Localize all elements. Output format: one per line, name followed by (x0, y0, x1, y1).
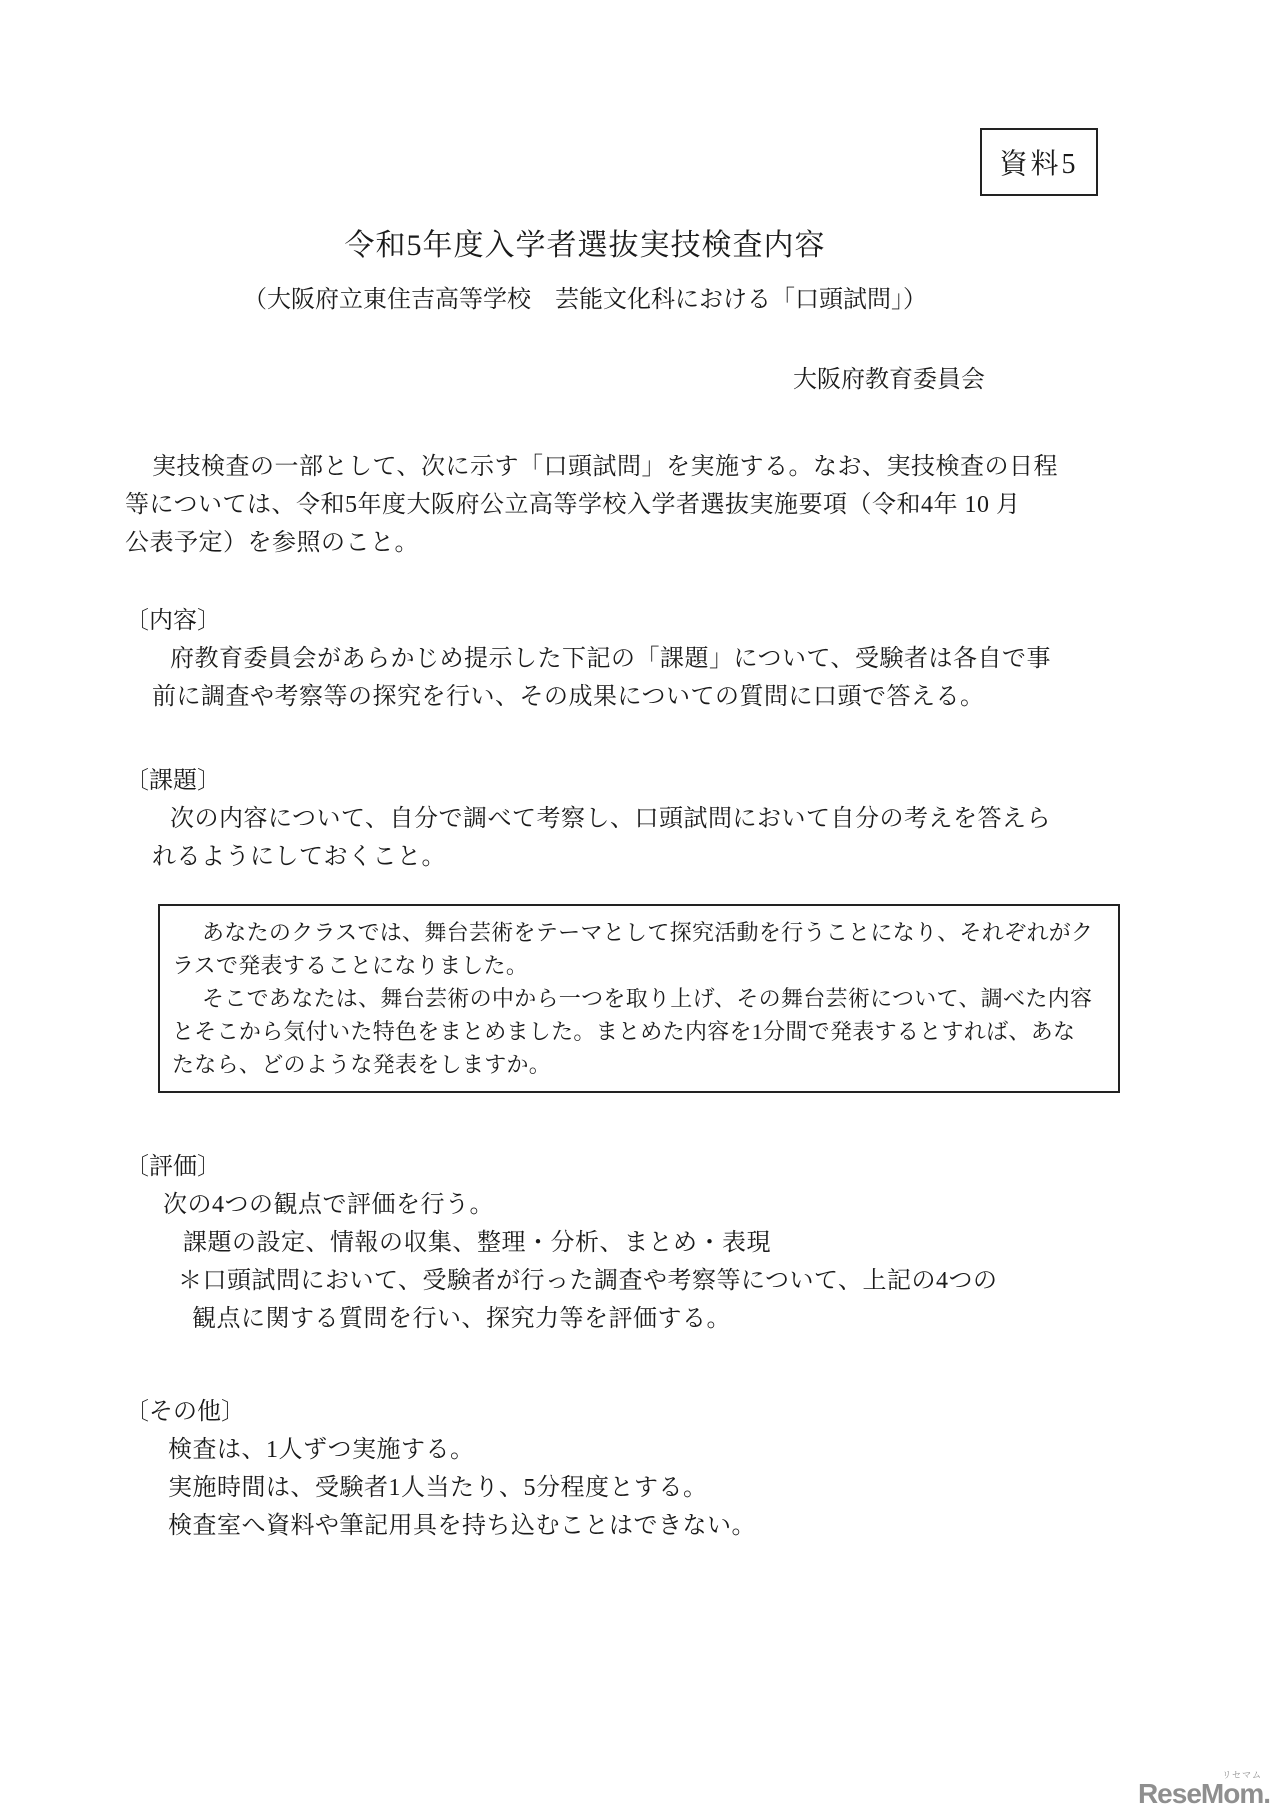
section-other-line-3: 検査室へ資料や筆記用具を持ち込むことはできない。 (125, 1507, 1125, 1545)
section-evaluation-line-3: ＊口頭試問において、受験者が行った調査や考察等について、上記の4つの (125, 1262, 1125, 1300)
task-box-line-4: とそこから気付いた特色をまとめました。まとめた内容を1分間で発表するとすれば、あ… (172, 1015, 1106, 1048)
watermark-ruby-label: リセマム (1222, 1771, 1262, 1780)
section-evaluation: 〔評価〕 次の4つの観点で評価を行う。 課題の設定、情報の収集、整理・分析、まと… (125, 1148, 1125, 1338)
section-other: 〔その他〕 検査は、1人ずつ実施する。 実施時間は、受験者1人当たり、5分程度と… (125, 1393, 1125, 1545)
task-box-line-1: あなたのクラスでは、舞台芸術をテーマとして探究活動を行うことになり、それぞれがク (172, 916, 1106, 949)
material-number-label: 資料5 (999, 142, 1078, 182)
intro-line-2: 等については、令和5年度大阪府公立高等学校入学者選抜実施要項（令和4年 10 月 (125, 486, 1125, 524)
section-content-line-1: 府教育委員会があらかじめ提示した下記の「課題」について、受験者は各自で事 (125, 640, 1125, 678)
intro-line-3: 公表予定）を参照のこと。 (125, 524, 1125, 562)
resemom-watermark: リセマム ReseMom. (1138, 1780, 1270, 1808)
document-title: 令和5年度入学者選抜実技検査内容 (125, 226, 1045, 266)
intro-line-1: 実技検査の一部として、次に示す「口頭試問」を実施する。なお、実技検査の日程 (125, 448, 1125, 486)
task-box-line-3: そこであなたは、舞台芸術の中から一つを取り上げ、その舞台芸術について、調べた内容 (172, 982, 1106, 1015)
author-line: 大阪府教育委員会 (125, 362, 1045, 398)
section-other-line-2: 実施時間は、受験者1人当たり、5分程度とする。 (125, 1469, 1125, 1507)
section-evaluation-heading: 〔評価〕 (125, 1148, 1125, 1186)
document-subtitle: （大阪府立東住吉高等学校 芸能文化科における「口頭試問」） (125, 282, 1045, 318)
watermark-logo-text: ReseMom. (1138, 1778, 1270, 1809)
section-evaluation-line-1: 次の4つの観点で評価を行う。 (125, 1186, 1125, 1224)
section-evaluation-line-2: 課題の設定、情報の収集、整理・分析、まとめ・表現 (125, 1224, 1125, 1262)
section-content: 〔内容〕 府教育委員会があらかじめ提示した下記の「課題」について、受験者は各自で… (125, 602, 1125, 716)
section-content-heading: 〔内容〕 (125, 602, 1125, 640)
section-other-line-1: 検査は、1人ずつ実施する。 (125, 1431, 1125, 1469)
section-task-line-1: 次の内容について、自分で調べて考察し、口頭試問において自分の考えを答えら (125, 800, 1125, 838)
section-task: 〔課題〕 次の内容について、自分で調べて考察し、口頭試問において自分の考えを答え… (125, 762, 1125, 1093)
intro-paragraph: 実技検査の一部として、次に示す「口頭試問」を実施する。なお、実技検査の日程 等に… (125, 448, 1125, 562)
document-content: 令和5年度入学者選抜実技検査内容 （大阪府立東住吉高等学校 芸能文化科における「… (125, 226, 1125, 1545)
section-task-line-2: れるようにしておくこと。 (125, 838, 1125, 876)
section-content-line-2: 前に調査や考察等の探究を行い、その成果についての質問に口頭で答える。 (125, 678, 1125, 716)
task-box-line-5: たなら、どのような発表をしますか。 (172, 1048, 1106, 1081)
task-box-line-2: ラスで発表することになりました。 (172, 949, 1106, 982)
document-page: 資料5 令和5年度入学者選抜実技検査内容 （大阪府立東住吉高等学校 芸能文化科に… (0, 0, 1280, 1810)
task-statement-box: あなたのクラスでは、舞台芸術をテーマとして探究活動を行うことになり、それぞれがク… (158, 904, 1120, 1093)
section-evaluation-line-4: 観点に関する質問を行い、探究力等を評価する。 (125, 1300, 1125, 1338)
material-number-box: 資料5 (980, 128, 1098, 196)
section-task-heading: 〔課題〕 (125, 762, 1125, 800)
section-other-heading: 〔その他〕 (125, 1393, 1125, 1431)
